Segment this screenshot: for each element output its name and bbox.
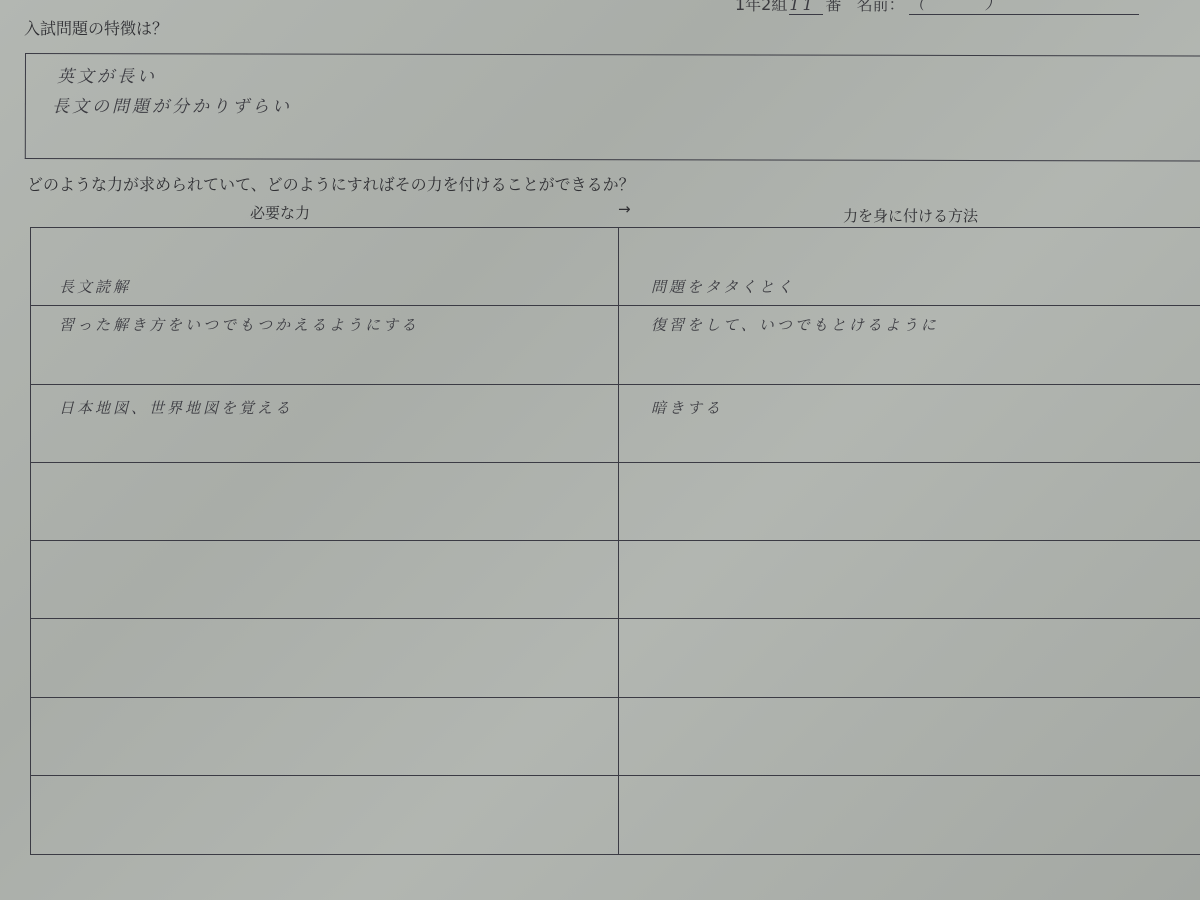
method-cell[interactable]: 暗きする xyxy=(651,397,723,418)
table-row xyxy=(31,463,1200,541)
column-header-method: 力を身に付ける方法 xyxy=(843,205,978,226)
student-name-field[interactable]: （ ） xyxy=(909,0,1139,15)
student-info-header: 1年2組11番 名前：（ ） xyxy=(735,0,1139,15)
skill-cell[interactable]: 長文読解 xyxy=(59,276,131,297)
table-row: 長文読解問題をタタくとく xyxy=(31,228,1200,306)
question1-label: 入試問題の特徴は？ xyxy=(24,16,168,39)
grade-class-label: 1年2組 xyxy=(735,0,787,14)
skills-methods-table: 長文読解問題をタタくとく習った解き方をいつでもつかえるようにする復習をして、いつ… xyxy=(30,227,1200,855)
skill-cell[interactable]: 習った解き方をいつでもつかえるようにする xyxy=(59,314,419,335)
table-row xyxy=(31,541,1200,619)
question2-label: どのような力が求められていて、どのようにすればその力を付けることができるか？ xyxy=(27,172,635,195)
arrow-right-icon: → xyxy=(618,200,631,218)
method-cell[interactable]: 問題をタタくとく xyxy=(651,276,795,297)
name-label: 名前： xyxy=(857,0,905,14)
table-row xyxy=(31,698,1200,776)
question1-answer-line: 長文の問題が分かりずらい xyxy=(52,92,292,117)
student-number-field[interactable]: 11 xyxy=(789,0,823,15)
column-header-required-skill: 必要な力 xyxy=(250,202,310,223)
method-cell[interactable]: 復習をして、いつでもとけるように xyxy=(651,314,939,335)
number-suffix-label: 番 xyxy=(825,0,841,14)
table-row xyxy=(31,776,1200,854)
table-row xyxy=(31,619,1200,697)
table-row: 日本地図、世界地図を覚える暗きする xyxy=(31,385,1200,463)
question1-answer-line: 英文が長い xyxy=(57,62,157,87)
skill-cell[interactable]: 日本地図、世界地図を覚える xyxy=(59,397,293,418)
table-row: 習った解き方をいつでもつかえるようにする復習をして、いつでもとけるように xyxy=(31,306,1200,384)
